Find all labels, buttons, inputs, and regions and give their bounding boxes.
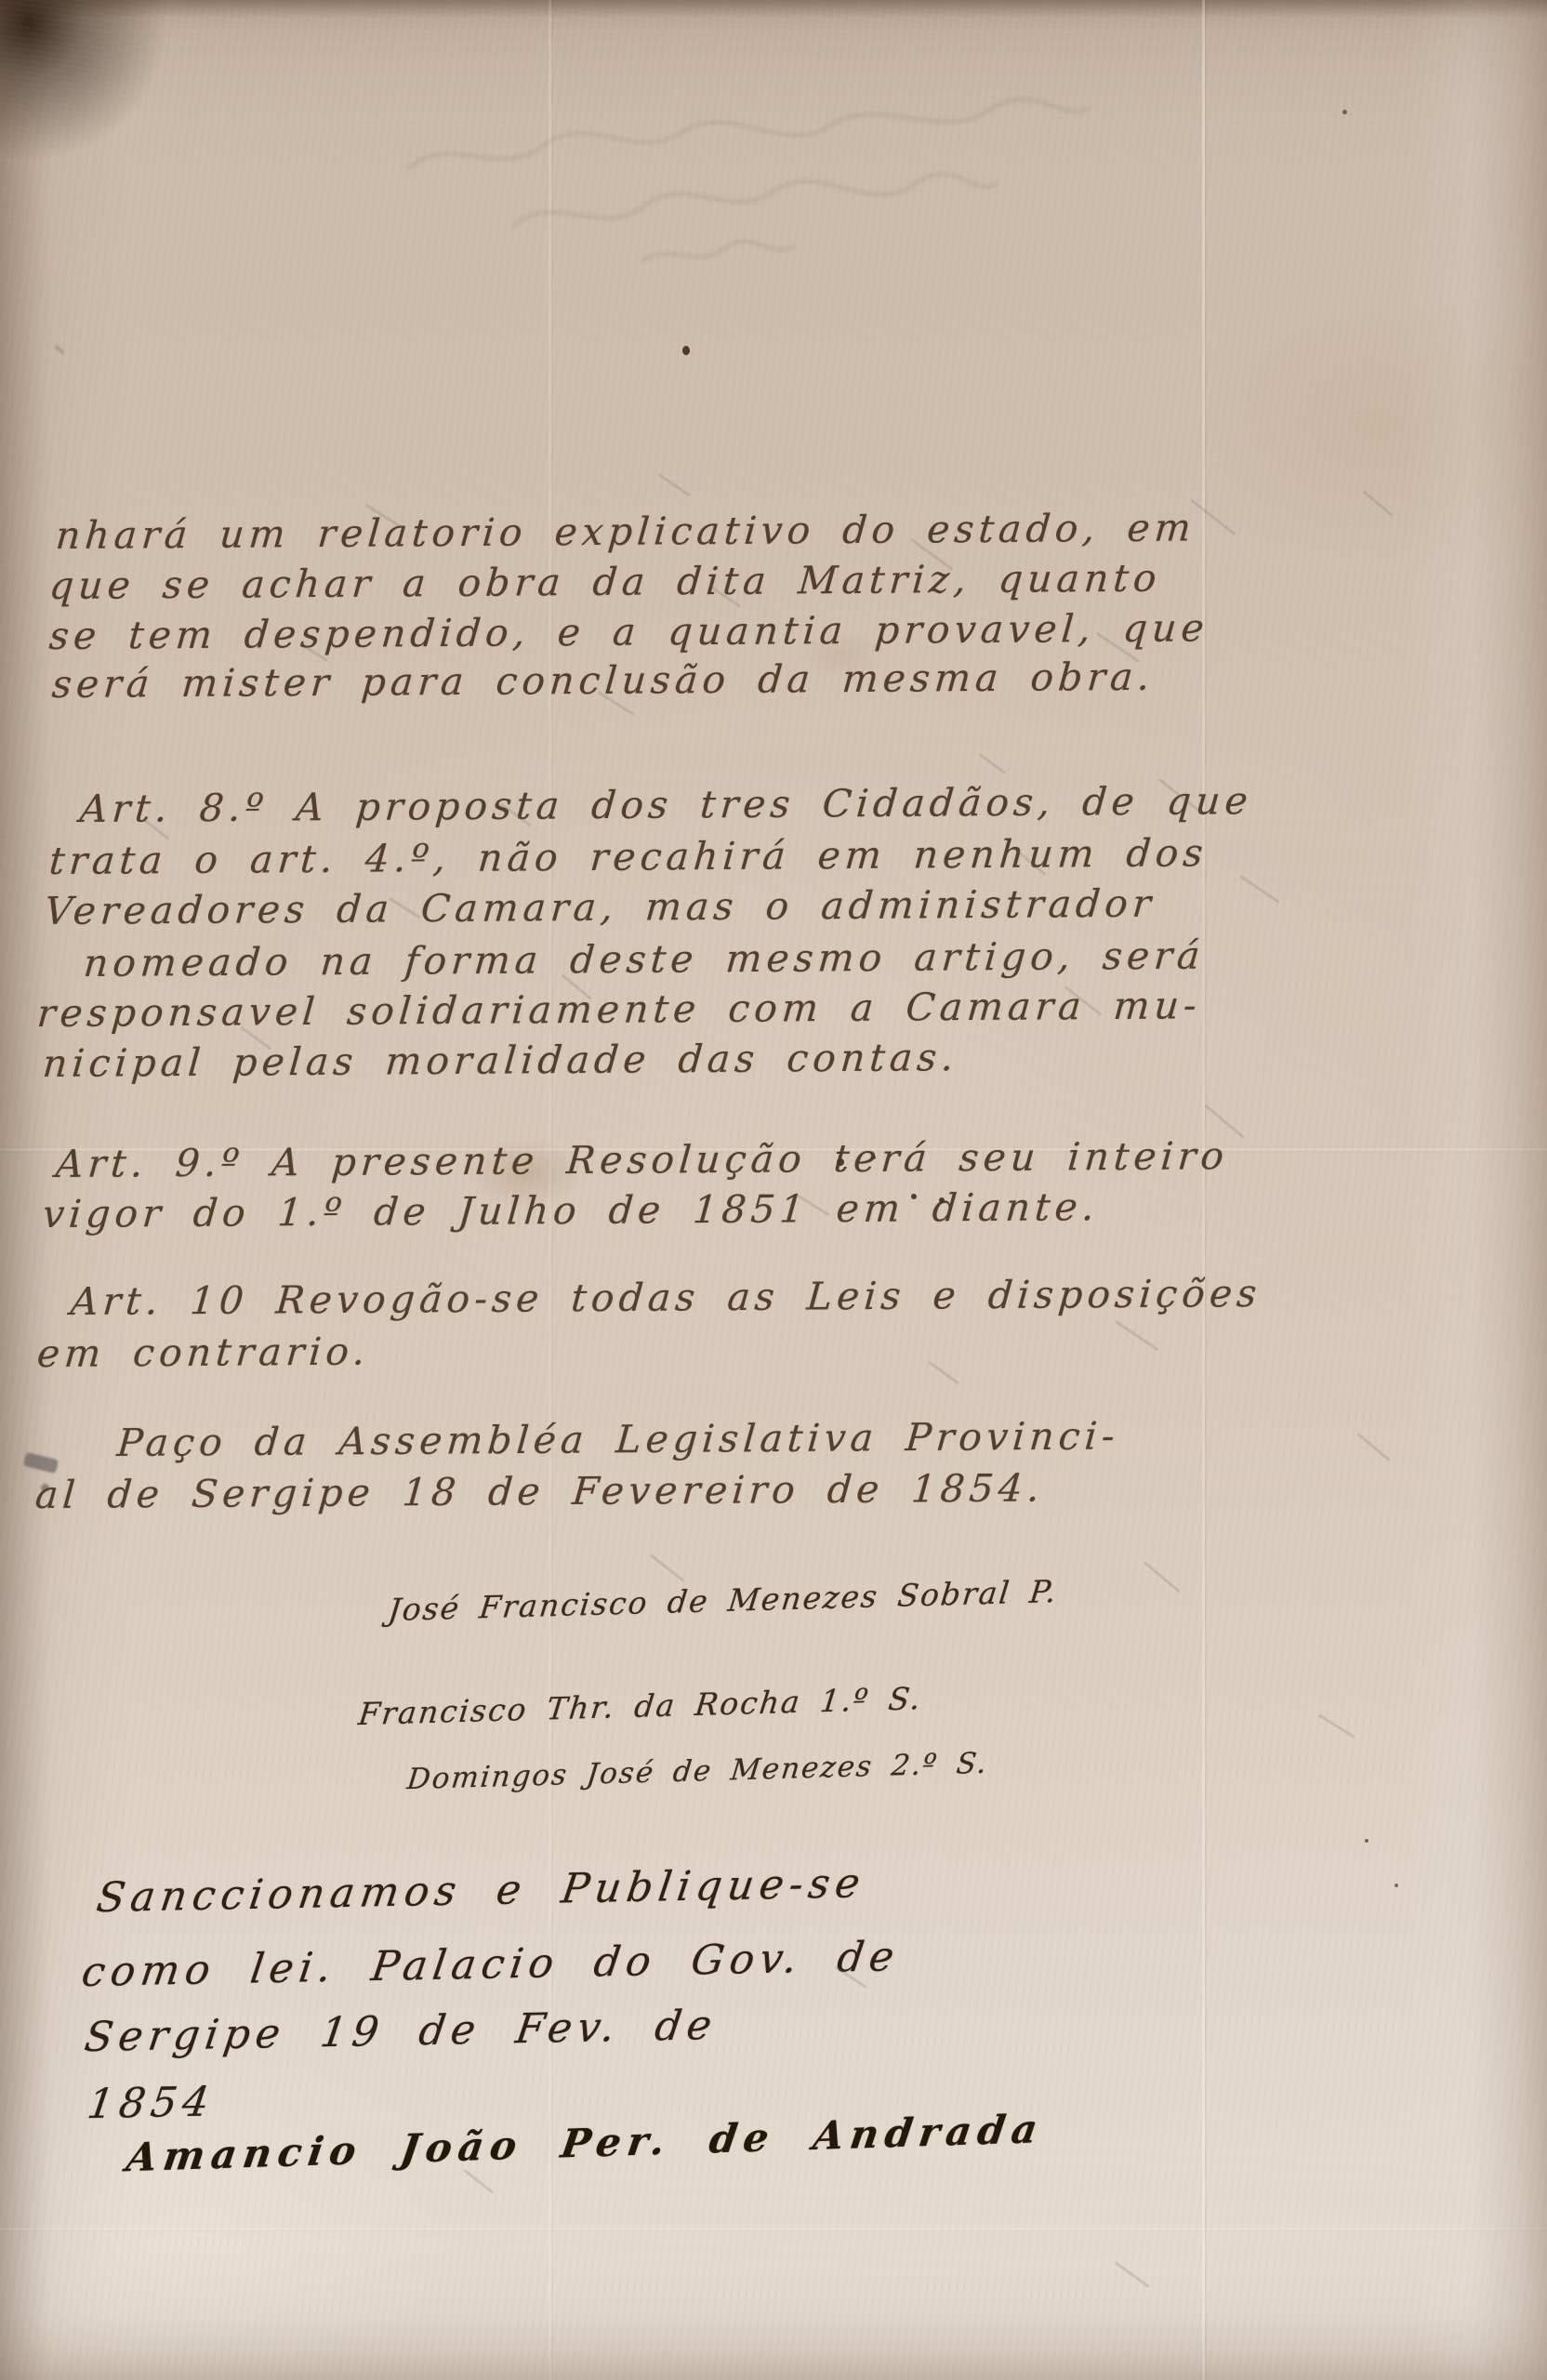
ink-speck	[1395, 1884, 1398, 1887]
pencil-hatch-stroke	[650, 1554, 684, 1581]
ink-speck	[1365, 1839, 1368, 1843]
signature: Francisco Thr. da Rocha 1.º S.	[357, 1680, 924, 1732]
sanction-line: Sanccionamos e Publique-se	[94, 1859, 868, 1922]
pencil-hatch-stroke	[658, 473, 691, 496]
manuscript-line: trata o art. 4.º, não recahirá em nenhum…	[47, 830, 1209, 883]
pencil-hatch-stroke	[1114, 2261, 1149, 2288]
sanction-line: Sergipe 19 de Fev. de	[82, 2002, 721, 2061]
sanction-line: 1854	[85, 2078, 218, 2128]
manuscript-line: nomeado na forma deste mesmo artigo, ser…	[82, 933, 1206, 985]
manuscript-line: Art. 9.º A presente Resolução terá seu i…	[54, 1133, 1230, 1186]
pencil-hatch-stroke	[1144, 1561, 1181, 1593]
manuscript-line: al de Sergipe 18 de Fevereiro de 1854.	[33, 1465, 1046, 1517]
pencil-hatch-stroke	[928, 1361, 959, 1385]
manuscript-line: Paço da Assembléa Legislativa Provinci-	[115, 1413, 1121, 1465]
manuscript-line: responsavel solidariamente com a Camara …	[35, 983, 1203, 1036]
manuscript-line: nicipal pelas moralidade das contas.	[41, 1035, 959, 1086]
pencil-hatch-stroke	[1318, 1713, 1355, 1738]
manuscript-line: Art. 8.º A proposta dos tres Cidadãos, d…	[78, 778, 1254, 831]
pencil-hatch-stroke	[1239, 875, 1279, 903]
manuscript-line: que se achar a obra da dita Matriz, quan…	[47, 556, 1162, 608]
manuscript-line: vigor do 1.º de Julho de 1851 em diante.	[41, 1184, 1101, 1236]
pencil-hatch-stroke	[1356, 1433, 1390, 1461]
ink-speck	[1342, 110, 1347, 114]
signature: José Francisco de Menezes Sobral P.	[387, 1573, 1060, 1628]
manuscript-line: Art. 10 Revogão-se todas as Leis e dispo…	[69, 1271, 1263, 1324]
ink-speck	[682, 346, 690, 355]
sanction-line: como lei. Palacio do Gov. de	[79, 1933, 903, 1996]
manuscript-page: nhará um relatorio explicativo do estado…	[0, 0, 1547, 2380]
manuscript-line: nhará um relatorio explicativo do estado…	[54, 505, 1197, 558]
manuscript-line: Vereadores da Camara, mas o administrado…	[43, 881, 1157, 933]
signature: Amancio João Per. de Andrada	[124, 2106, 1047, 2180]
manuscript-line: em contrario.	[35, 1329, 371, 1377]
page-edge-shading	[1408, 0, 1547, 2380]
manuscript-line: se tem despendido, e a quantia provavel,…	[47, 605, 1210, 658]
fold-crease	[1202, 0, 1205, 2380]
fold-crease	[0, 2228, 1547, 2230]
pencil-mark	[54, 345, 65, 355]
manuscript-line: será mister para conclusão da mesma obra…	[50, 654, 1156, 707]
pencil-hatch-stroke	[978, 753, 1006, 774]
pencil-hatch-stroke	[1363, 490, 1394, 516]
signature: Domingos José de Menezes 2.º S.	[405, 1747, 990, 1797]
pencil-hatch-stroke	[463, 2169, 494, 2194]
pencil-mark	[23, 1452, 59, 1474]
pencil-hatch-stroke	[1115, 1320, 1158, 1351]
ghost-writing	[394, 64, 1113, 309]
